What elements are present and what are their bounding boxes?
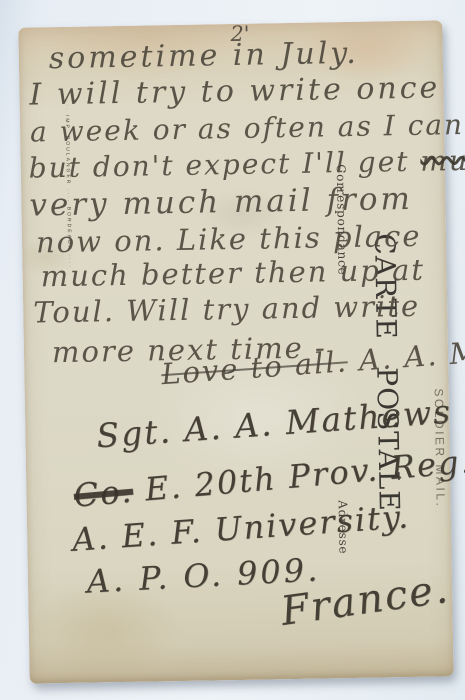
postcard: ···· IMP. BOULANGER ···· BORDEAUX ···· C… (18, 20, 453, 683)
message-line: a week or as often as I can (30, 108, 464, 149)
sender-initials: A. A. M. (347, 334, 465, 378)
message-line: very much mail from (29, 181, 413, 224)
address-line-unit-text: E. 20th Prov. Reg. (131, 442, 465, 510)
struck-out-word: mu (420, 144, 465, 178)
message-line: much better then up at (40, 253, 425, 294)
message-line: I will try to write once (29, 70, 440, 112)
struck-out-word: Co. (72, 472, 134, 515)
message-line: sometime in July. (49, 36, 360, 76)
message-line-text: but don't expect I'll get (28, 145, 409, 185)
message-line: but don't expect I'll get mu (28, 144, 465, 185)
postale-label: POSTALE (370, 367, 406, 512)
message-line: Toul. Will try and write (33, 289, 420, 330)
photo-background: ···· IMP. BOULANGER ···· BORDEAUX ···· C… (0, 0, 465, 700)
